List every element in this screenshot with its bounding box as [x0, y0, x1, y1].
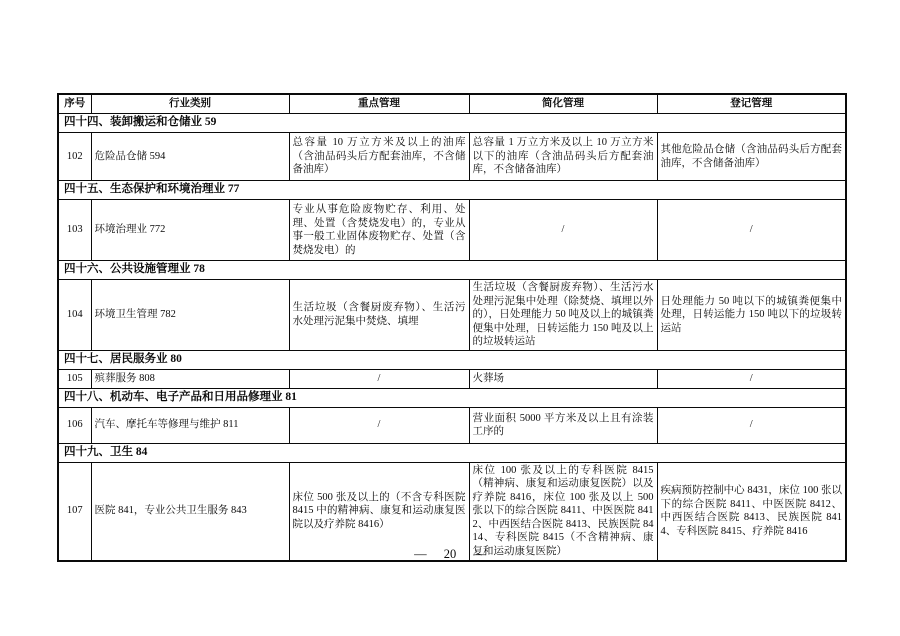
section-title-row: 四十四、装卸搬运和仓储业 59 [58, 114, 846, 133]
table-row: 103 环境治理业 772 专业从事危险废物贮存、利用、处理、处置（含焚烧发电）… [58, 200, 846, 261]
key-management-cell: 生活垃圾（含餐厨废弃物）、生活污水处理污泥集中焚烧、填埋 [289, 280, 469, 351]
simplified-management-cell: 营业面积 5000 平方米及以上且有涂装工序的 [469, 407, 657, 443]
key-management-cell: 总容量 10 万立方米及以上的油库（含油品码头后方配套油库，不含储备油库） [289, 133, 469, 181]
registration-management-cell: 日处理能力 50 吨以下的城镇粪便集中处理，日转运能力 150 吨以下的垃圾转运… [657, 280, 846, 351]
row-number: 104 [58, 280, 91, 351]
row-number: 103 [58, 200, 91, 261]
registration-management-cell: 疾病预防控制中心 8431，床位 100 张以下的综合医院 8411、中医医院 … [657, 462, 846, 561]
industry-management-table: 序号 行业类别 重点管理 简化管理 登记管理 四十四、装卸搬运和仓储业 59 1… [57, 93, 847, 562]
section-title-row: 四十六、公共设施管理业 78 [58, 261, 846, 280]
page-number: — 20 — [0, 547, 900, 562]
simplified-management-cell: 床位 100 张及以上的专科医院 8415（精神病、康复和运动康复医院）以及疗养… [469, 462, 657, 561]
simplified-management-cell: 火葬场 [469, 369, 657, 388]
section-title-row: 四十八、机动车、电子产品和日用品修理业 81 [58, 388, 846, 407]
registration-management-cell: 其他危险品仓储（含油品码头后方配套油库，不含储备油库） [657, 133, 846, 181]
section-title-row: 四十五、生态保护和环境治理业 77 [58, 181, 846, 200]
key-management-cell: 床位 500 张及以上的（不含专科医院 8415 中的精神病、康复和运动康复医院… [289, 462, 469, 561]
table-row: 107 医院 841，专业公共卫生服务 843 床位 500 张及以上的（不含专… [58, 462, 846, 561]
document-page: 序号 行业类别 重点管理 简化管理 登记管理 四十四、装卸搬运和仓储业 59 1… [0, 0, 900, 636]
row-number: 105 [58, 369, 91, 388]
simplified-management-cell: / [469, 200, 657, 261]
simplified-management-cell: 生活垃圾（含餐厨废弃物）、生活污水处理污泥集中处理（除焚烧、填埋以外的），日处理… [469, 280, 657, 351]
key-management-cell: / [289, 369, 469, 388]
industry-cell: 医院 841，专业公共卫生服务 843 [91, 462, 289, 561]
registration-management-cell: / [657, 200, 846, 261]
section-title: 四十五、生态保护和环境治理业 77 [58, 181, 846, 200]
table-row: 105 殡葬服务 808 / 火葬场 / [58, 369, 846, 388]
row-number: 106 [58, 407, 91, 443]
col-header-simplified-management: 简化管理 [469, 94, 657, 114]
industry-cell: 环境治理业 772 [91, 200, 289, 261]
col-header-industry: 行业类别 [91, 94, 289, 114]
col-header-key-management: 重点管理 [289, 94, 469, 114]
section-title: 四十六、公共设施管理业 78 [58, 261, 846, 280]
industry-cell: 环境卫生管理 782 [91, 280, 289, 351]
row-number: 107 [58, 462, 91, 561]
section-title: 四十七、居民服务业 80 [58, 350, 846, 369]
row-number: 102 [58, 133, 91, 181]
key-management-cell: 专业从事危险废物贮存、利用、处理、处置（含焚烧发电）的，专业从事一般工业固体废物… [289, 200, 469, 261]
section-title: 四十八、机动车、电子产品和日用品修理业 81 [58, 388, 846, 407]
section-title: 四十九、卫生 84 [58, 443, 846, 462]
industry-cell: 汽车、摩托车等修理与维护 811 [91, 407, 289, 443]
table-header-row: 序号 行业类别 重点管理 简化管理 登记管理 [58, 94, 846, 114]
section-title-row: 四十七、居民服务业 80 [58, 350, 846, 369]
section-title: 四十四、装卸搬运和仓储业 59 [58, 114, 846, 133]
industry-cell: 危险品仓储 594 [91, 133, 289, 181]
registration-management-cell: / [657, 369, 846, 388]
table-row: 102 危险品仓储 594 总容量 10 万立方米及以上的油库（含油品码头后方配… [58, 133, 846, 181]
section-title-row: 四十九、卫生 84 [58, 443, 846, 462]
industry-cell: 殡葬服务 808 [91, 369, 289, 388]
col-header-no: 序号 [58, 94, 91, 114]
col-header-registration-management: 登记管理 [657, 94, 846, 114]
key-management-cell: / [289, 407, 469, 443]
table-row: 106 汽车、摩托车等修理与维护 811 / 营业面积 5000 平方米及以上且… [58, 407, 846, 443]
table-row: 104 环境卫生管理 782 生活垃圾（含餐厨废弃物）、生活污水处理污泥集中焚烧… [58, 280, 846, 351]
simplified-management-cell: 总容量 1 万立方米及以上 10 万立方米以下的油库（含油品码头后方配套油库，不… [469, 133, 657, 181]
registration-management-cell: / [657, 407, 846, 443]
